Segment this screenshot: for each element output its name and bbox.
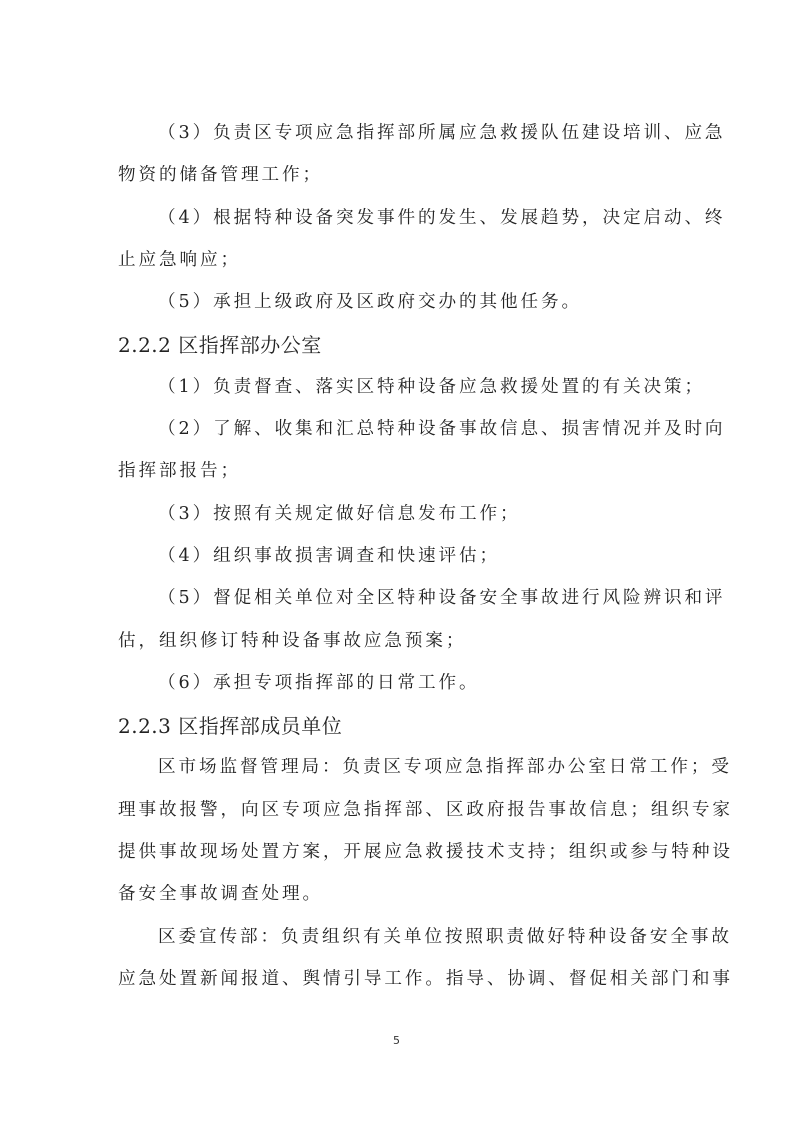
office-duty-3: （3）按照有关规定做好信息发布工作； — [118, 493, 674, 535]
paragraph-item-3-line2: 物资的储备管理工作； — [118, 154, 674, 196]
office-duty-2-line1: （2）了解、收集和汇总特种设备事故信息、损害情况并及时向 — [118, 408, 674, 450]
office-duty-6: （6）承担专项指挥部的日常工作。 — [118, 662, 674, 704]
office-duty-5-line1: （5）督促相关单位对全区特种设备安全事故进行风险辨识和评 — [118, 577, 674, 619]
section-heading-2-2-3: 2.2.3 区指挥部成员单位 — [118, 704, 674, 746]
market-supervision-line2: 理事故报警，向区专项应急指挥部、区政府报告事故信息；组织专家 — [118, 789, 674, 831]
office-duty-1: （1）负责督查、落实区特种设备应急救援处置的有关决策； — [118, 366, 674, 408]
paragraph-item-5: （5）承担上级政府及区政府交办的其他任务。 — [118, 281, 674, 323]
page-number: 5 — [0, 1034, 793, 1047]
propaganda-dept-line2: 应急处置新闻报道、舆情引导工作。指导、协调、督促相关部门和事 — [118, 958, 674, 1000]
office-duty-2-line2: 指挥部报告； — [118, 450, 674, 492]
market-supervision-line4: 备安全事故调查处理。 — [118, 873, 674, 915]
office-duty-5-line2: 估，组织修订特种设备事故应急预案； — [118, 620, 674, 662]
market-supervision-line3: 提供事故现场处置方案，开展应急救援技术支持；组织或参与特种设 — [118, 831, 674, 873]
market-supervision-line1: 区市场监督管理局：负责区专项应急指挥部办公室日常工作；受 — [118, 746, 674, 788]
paragraph-item-4-line2: 止应急响应； — [118, 239, 674, 281]
office-duty-4: （4）组织事故损害调查和快速评估； — [118, 535, 674, 577]
section-heading-2-2-2: 2.2.2 区指挥部办公室 — [118, 323, 674, 365]
document-page: （3）负责区专项应急指挥部所属应急救援队伍建设培训、应急 物资的储备管理工作； … — [118, 112, 674, 1000]
paragraph-item-4-line1: （4）根据特种设备突发事件的发生、发展趋势，决定启动、终 — [118, 197, 674, 239]
paragraph-item-3-line1: （3）负责区专项应急指挥部所属应急救援队伍建设培训、应急 — [118, 112, 674, 154]
propaganda-dept-line1: 区委宣传部：负责组织有关单位按照职责做好特种设备安全事故 — [118, 916, 674, 958]
